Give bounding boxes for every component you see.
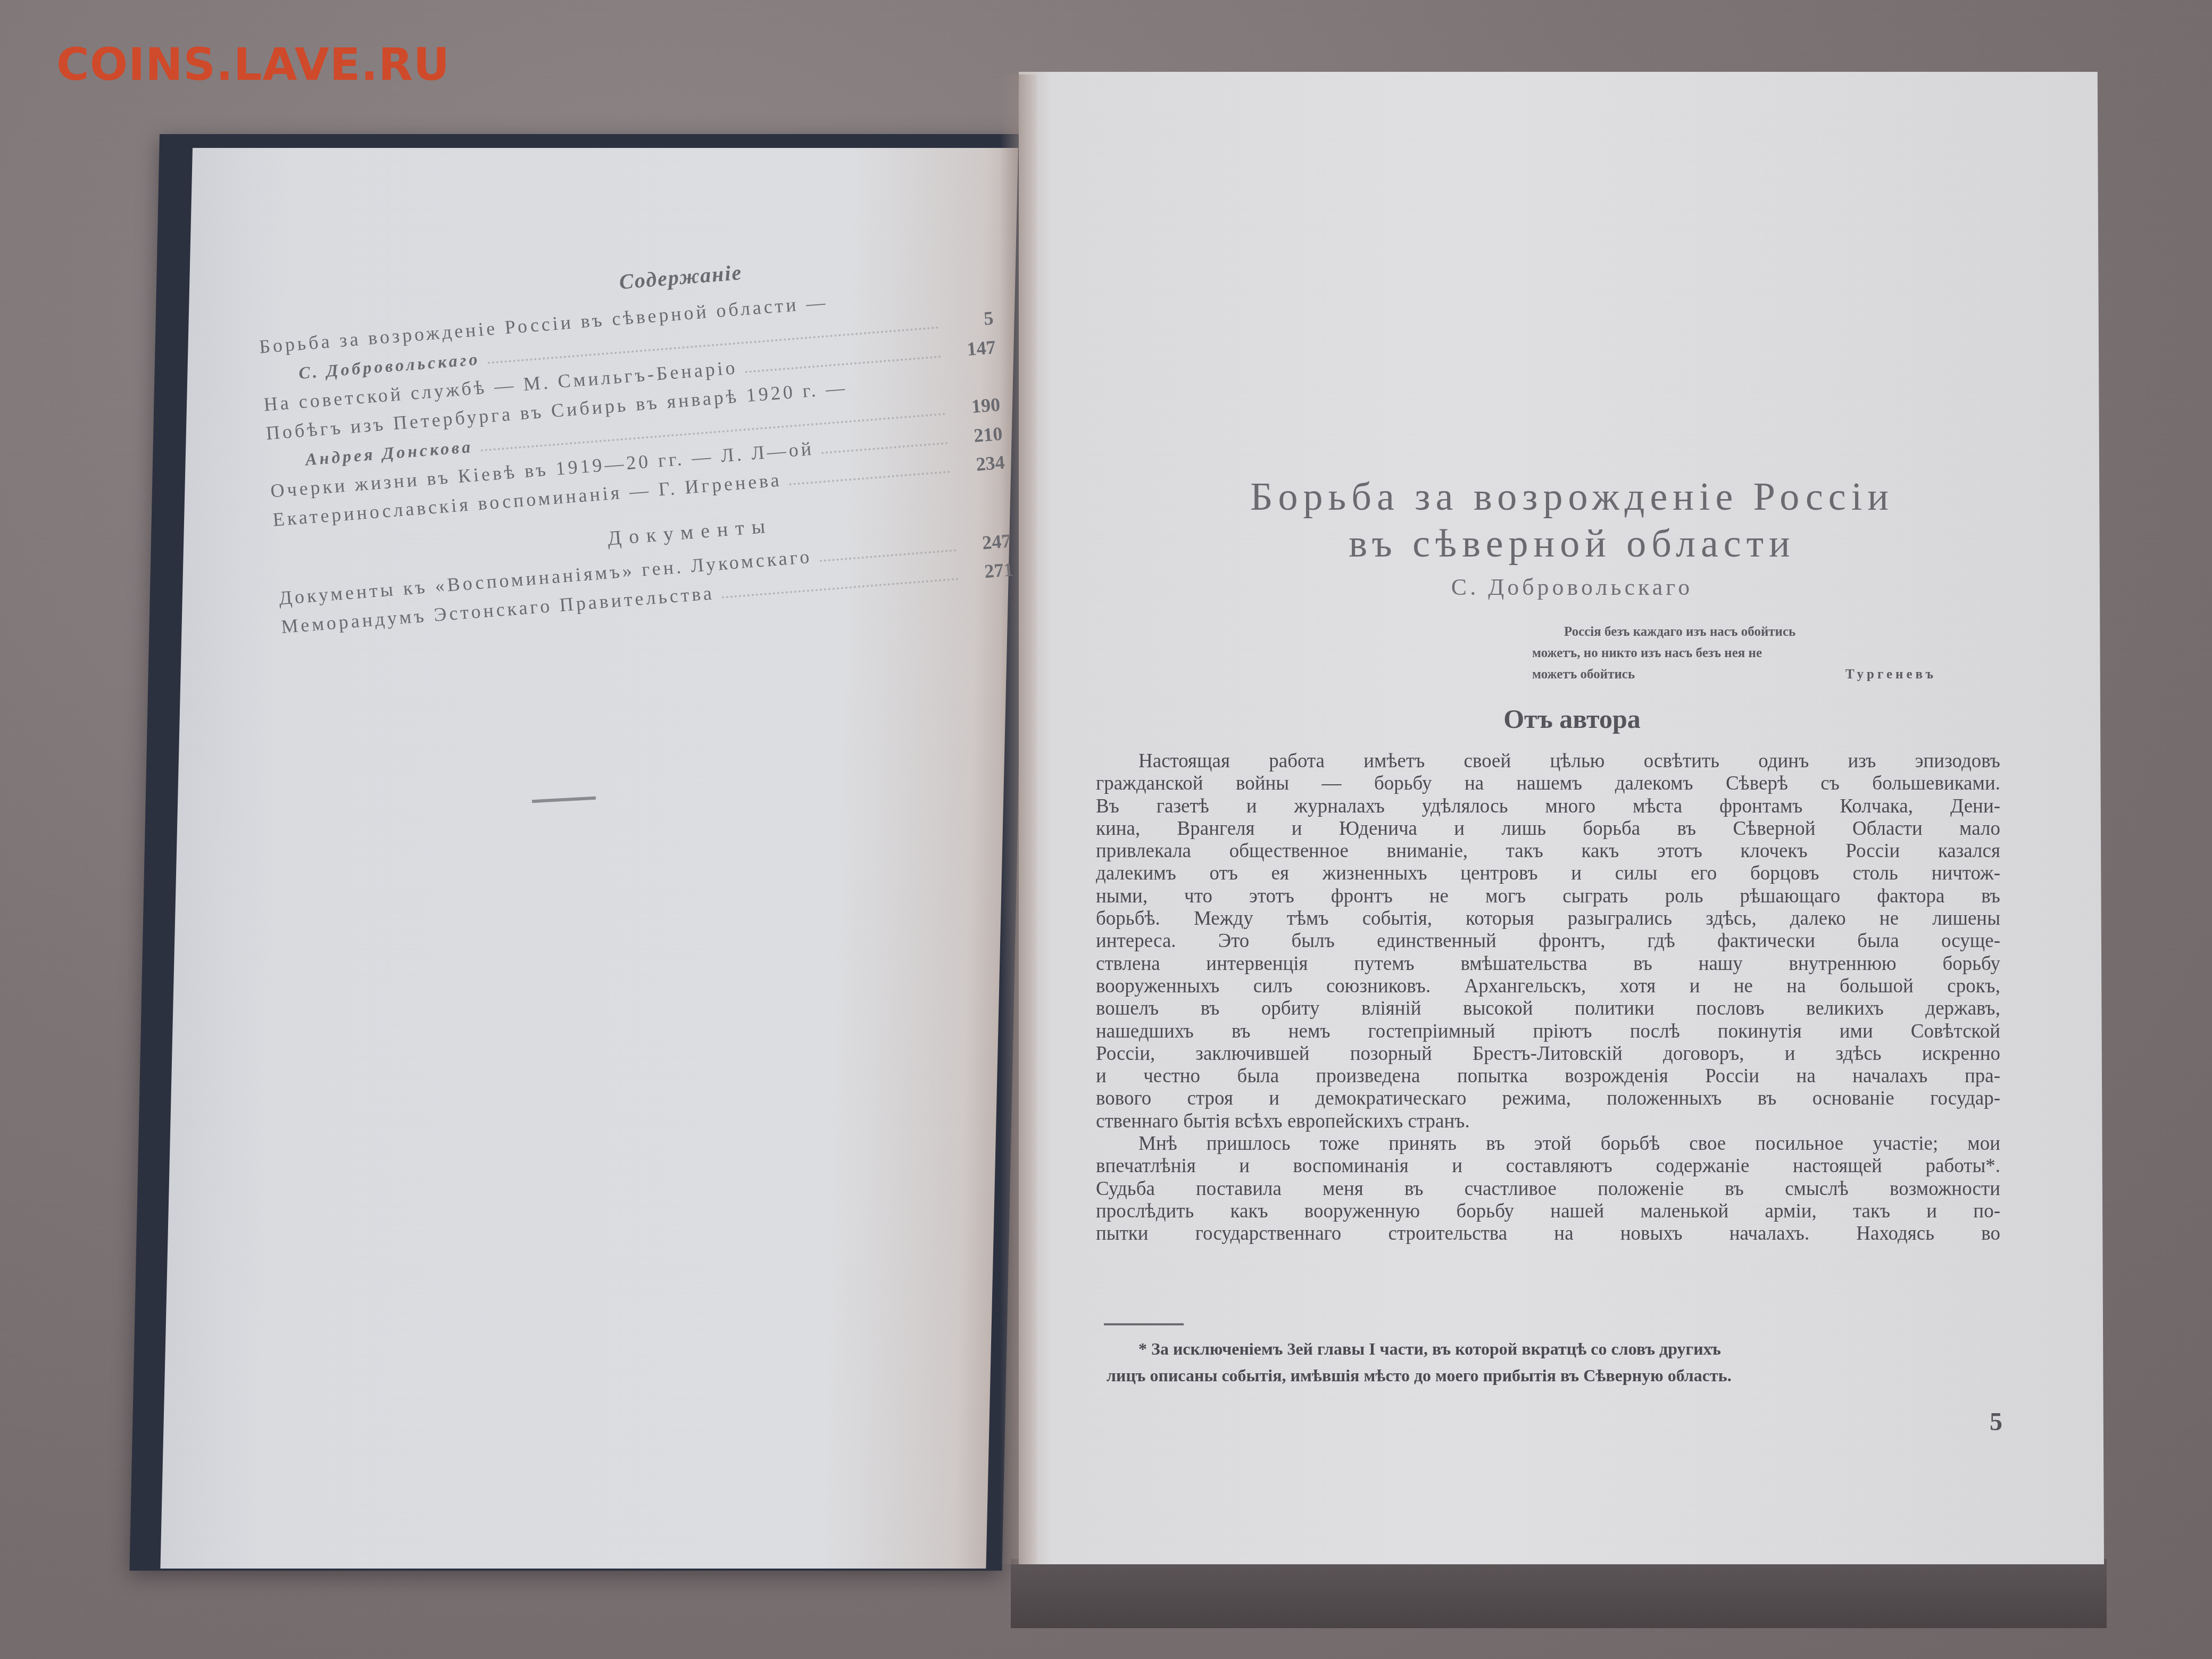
body-line: Россіи, заключившей позорный Брестъ-Лито… (1096, 1043, 2000, 1065)
body-line: нашедшихъ въ немъ гостепріимный пріютъ п… (1096, 1021, 2000, 1043)
chapter-title: Борьба за возрожденіе Россіи въ сѣверной… (1091, 474, 2053, 567)
body-line: Судьба поставила меня въ счастливое поло… (1096, 1178, 2000, 1200)
body-line: ными, что этотъ фронтъ не могъ сыграть р… (1096, 885, 2000, 908)
footnote-line: лицъ описаны событія, имѣвшія мѣсто до м… (1107, 1362, 2006, 1389)
chapter-title-line-2: въ сѣверной области (1091, 520, 2053, 567)
body-line: Настоящая работа имѣетъ своей цѣлью освѣ… (1096, 750, 2000, 773)
footnote-line: * За исключеніемъ 3ей главы I части, въ … (1107, 1336, 2006, 1362)
toc-entry-page: 190 (951, 390, 1001, 422)
section-heading: Отъ автора (1091, 703, 2053, 734)
epigraph-line: Россія безъ каждаго изъ насъ обойтись (1532, 621, 1968, 643)
leader-dots (821, 442, 947, 454)
body-line: привлекала общественное вниманіе, такъ к… (1096, 840, 2000, 862)
epigraph-line: можетъ, но никто изъ насъ безъ нея не (1532, 643, 1968, 664)
leader-dots (789, 471, 950, 486)
chapter-title-line-1: Борьба за возрожденіе Россіи (1091, 474, 2053, 520)
book-cover-bottom-edge (1011, 1559, 2107, 1628)
watermark: COINS.LAVE.RU (56, 38, 450, 90)
body-line: впечатлѣнія и воспоминанія и составляютъ… (1096, 1155, 2000, 1177)
footnote-rule (1104, 1323, 1184, 1325)
leader-dots (820, 549, 957, 562)
body-line: Въ газетѣ и журналахъ удѣлялось много мѣ… (1096, 795, 2000, 818)
body-line: и честно была произведена попытка возрож… (1096, 1065, 2000, 1088)
book-gutter (1000, 74, 1037, 1564)
body-line: далекимъ отъ ея жизненныхъ центровъ и си… (1096, 862, 2000, 885)
body-text: Настоящая работа имѣетъ своей цѣлью освѣ… (1096, 750, 2000, 1246)
body-line: ствлена интервенція путемъ вмѣшательства… (1096, 953, 2000, 975)
body-line: вового строя и демократическаго режима, … (1096, 1088, 2000, 1110)
body-line: гражданской войны — борьбу на нашемъ дал… (1096, 773, 2000, 795)
epigraph: Россія безъ каждаго изъ насъ обойтись мо… (1532, 621, 1968, 685)
footnote: * За исключеніемъ 3ей главы I части, въ … (1107, 1336, 2006, 1389)
body-line: интереса. Это былъ единственный фронтъ, … (1096, 930, 2000, 952)
table-of-contents: Содержаніе Борьба за возрожденіе Россіи … (255, 240, 1014, 641)
toc-entry-page: 234 (956, 448, 1006, 480)
body-line: ственнаго бытія всѣхъ европейскихъ стран… (1096, 1110, 2000, 1133)
toc-entry-page: 147 (947, 333, 997, 365)
body-line: пытки государственнаго строительства на … (1096, 1223, 2000, 1245)
page-number: 5 (1990, 1407, 2002, 1437)
body-line: вооруженныхъ силъ союзниковъ. Архангельс… (1096, 975, 2000, 998)
body-line: прослѣдить какъ вооруженную борьбу нашей… (1096, 1200, 2000, 1223)
chapter-author: С. Добровольскаго (1091, 574, 2053, 601)
toc-entry-page: 5 (944, 303, 994, 336)
body-line: вошелъ въ орбиту вліяній высокой политик… (1096, 998, 2000, 1020)
body-line: борьбѣ. Между тѣмъ событія, которыя разы… (1096, 908, 2000, 930)
toc-entry-page: 210 (953, 419, 1003, 452)
body-line: кина, Врангеля и Юденича и лишь борьба в… (1096, 818, 2000, 840)
body-line: Мнѣ пришлось тоже принять въ этой борьбѣ… (1096, 1133, 2000, 1155)
